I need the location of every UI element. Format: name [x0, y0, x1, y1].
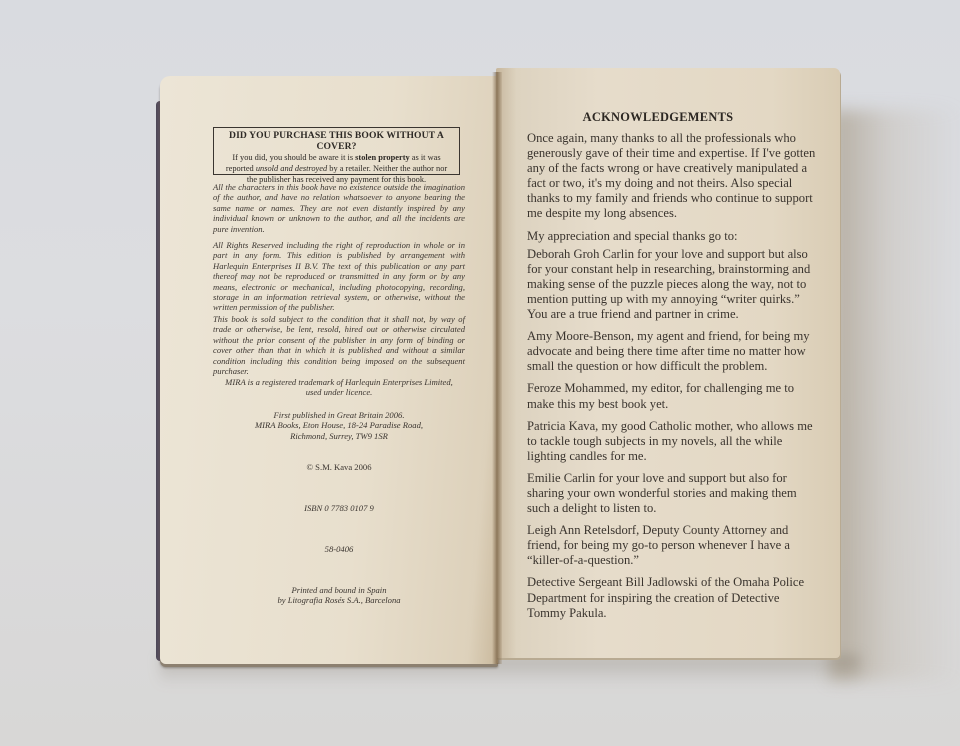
paragraph: Detective Sergeant Bill Jadlowski of the…: [527, 575, 817, 620]
warning-line-1: If you did, you should be aware it is st…: [214, 152, 459, 163]
acknowledgements-body: Once again, many thanks to all the profe…: [527, 131, 817, 628]
warning-title: DID YOU PURCHASE THIS BOOK WITHOUT A COV…: [214, 130, 459, 152]
print-code: 58-0406: [213, 544, 465, 554]
trademark-notice: MIRA is a registered trademark of Harleq…: [213, 377, 465, 398]
sale-condition-notice: This book is sold subject to the conditi…: [213, 314, 465, 376]
characters-notice: All the characters in this book have no …: [213, 182, 465, 234]
book-shadow-right: [830, 110, 960, 680]
paragraph: Leigh Ann Retelsdorf, Deputy County Atto…: [527, 523, 817, 568]
warning-line-2: reported unsold and destroyed by a retai…: [214, 163, 459, 174]
paragraph: Feroze Mohammed, my editor, for challeng…: [527, 381, 817, 411]
page-title: ACKNOWLEDGEMENTS: [528, 110, 788, 125]
photo-scene: DID YOU PURCHASE THIS BOOK WITHOUT A COV…: [0, 0, 960, 746]
copyright-line: © S.M. Kava 2006: [213, 462, 465, 472]
printer-info: Printed and bound in Spain by Litografia…: [213, 585, 465, 606]
rights-notice: All Rights Reserved including the right …: [213, 240, 465, 313]
paragraph: Patricia Kava, my good Catholic mother, …: [527, 419, 817, 464]
paragraph: My appreciation and special thanks go to…: [527, 229, 817, 244]
warning-body: If you did, you should be aware it is st…: [214, 152, 459, 185]
book-spine-gutter: [492, 72, 502, 664]
no-cover-warning-box: DID YOU PURCHASE THIS BOOK WITHOUT A COV…: [213, 127, 460, 175]
paragraph: Deborah Groh Carlin for your love and su…: [527, 247, 817, 322]
paragraph: Once again, many thanks to all the profe…: [527, 131, 817, 222]
paragraph: Amy Moore-Benson, my agent and friend, f…: [527, 329, 817, 374]
isbn-line: ISBN 0 7783 0107 9: [213, 503, 465, 513]
publication-info: First published in Great Britain 2006. M…: [213, 410, 465, 441]
paragraph: Emilie Carlin for your love and support …: [527, 471, 817, 516]
